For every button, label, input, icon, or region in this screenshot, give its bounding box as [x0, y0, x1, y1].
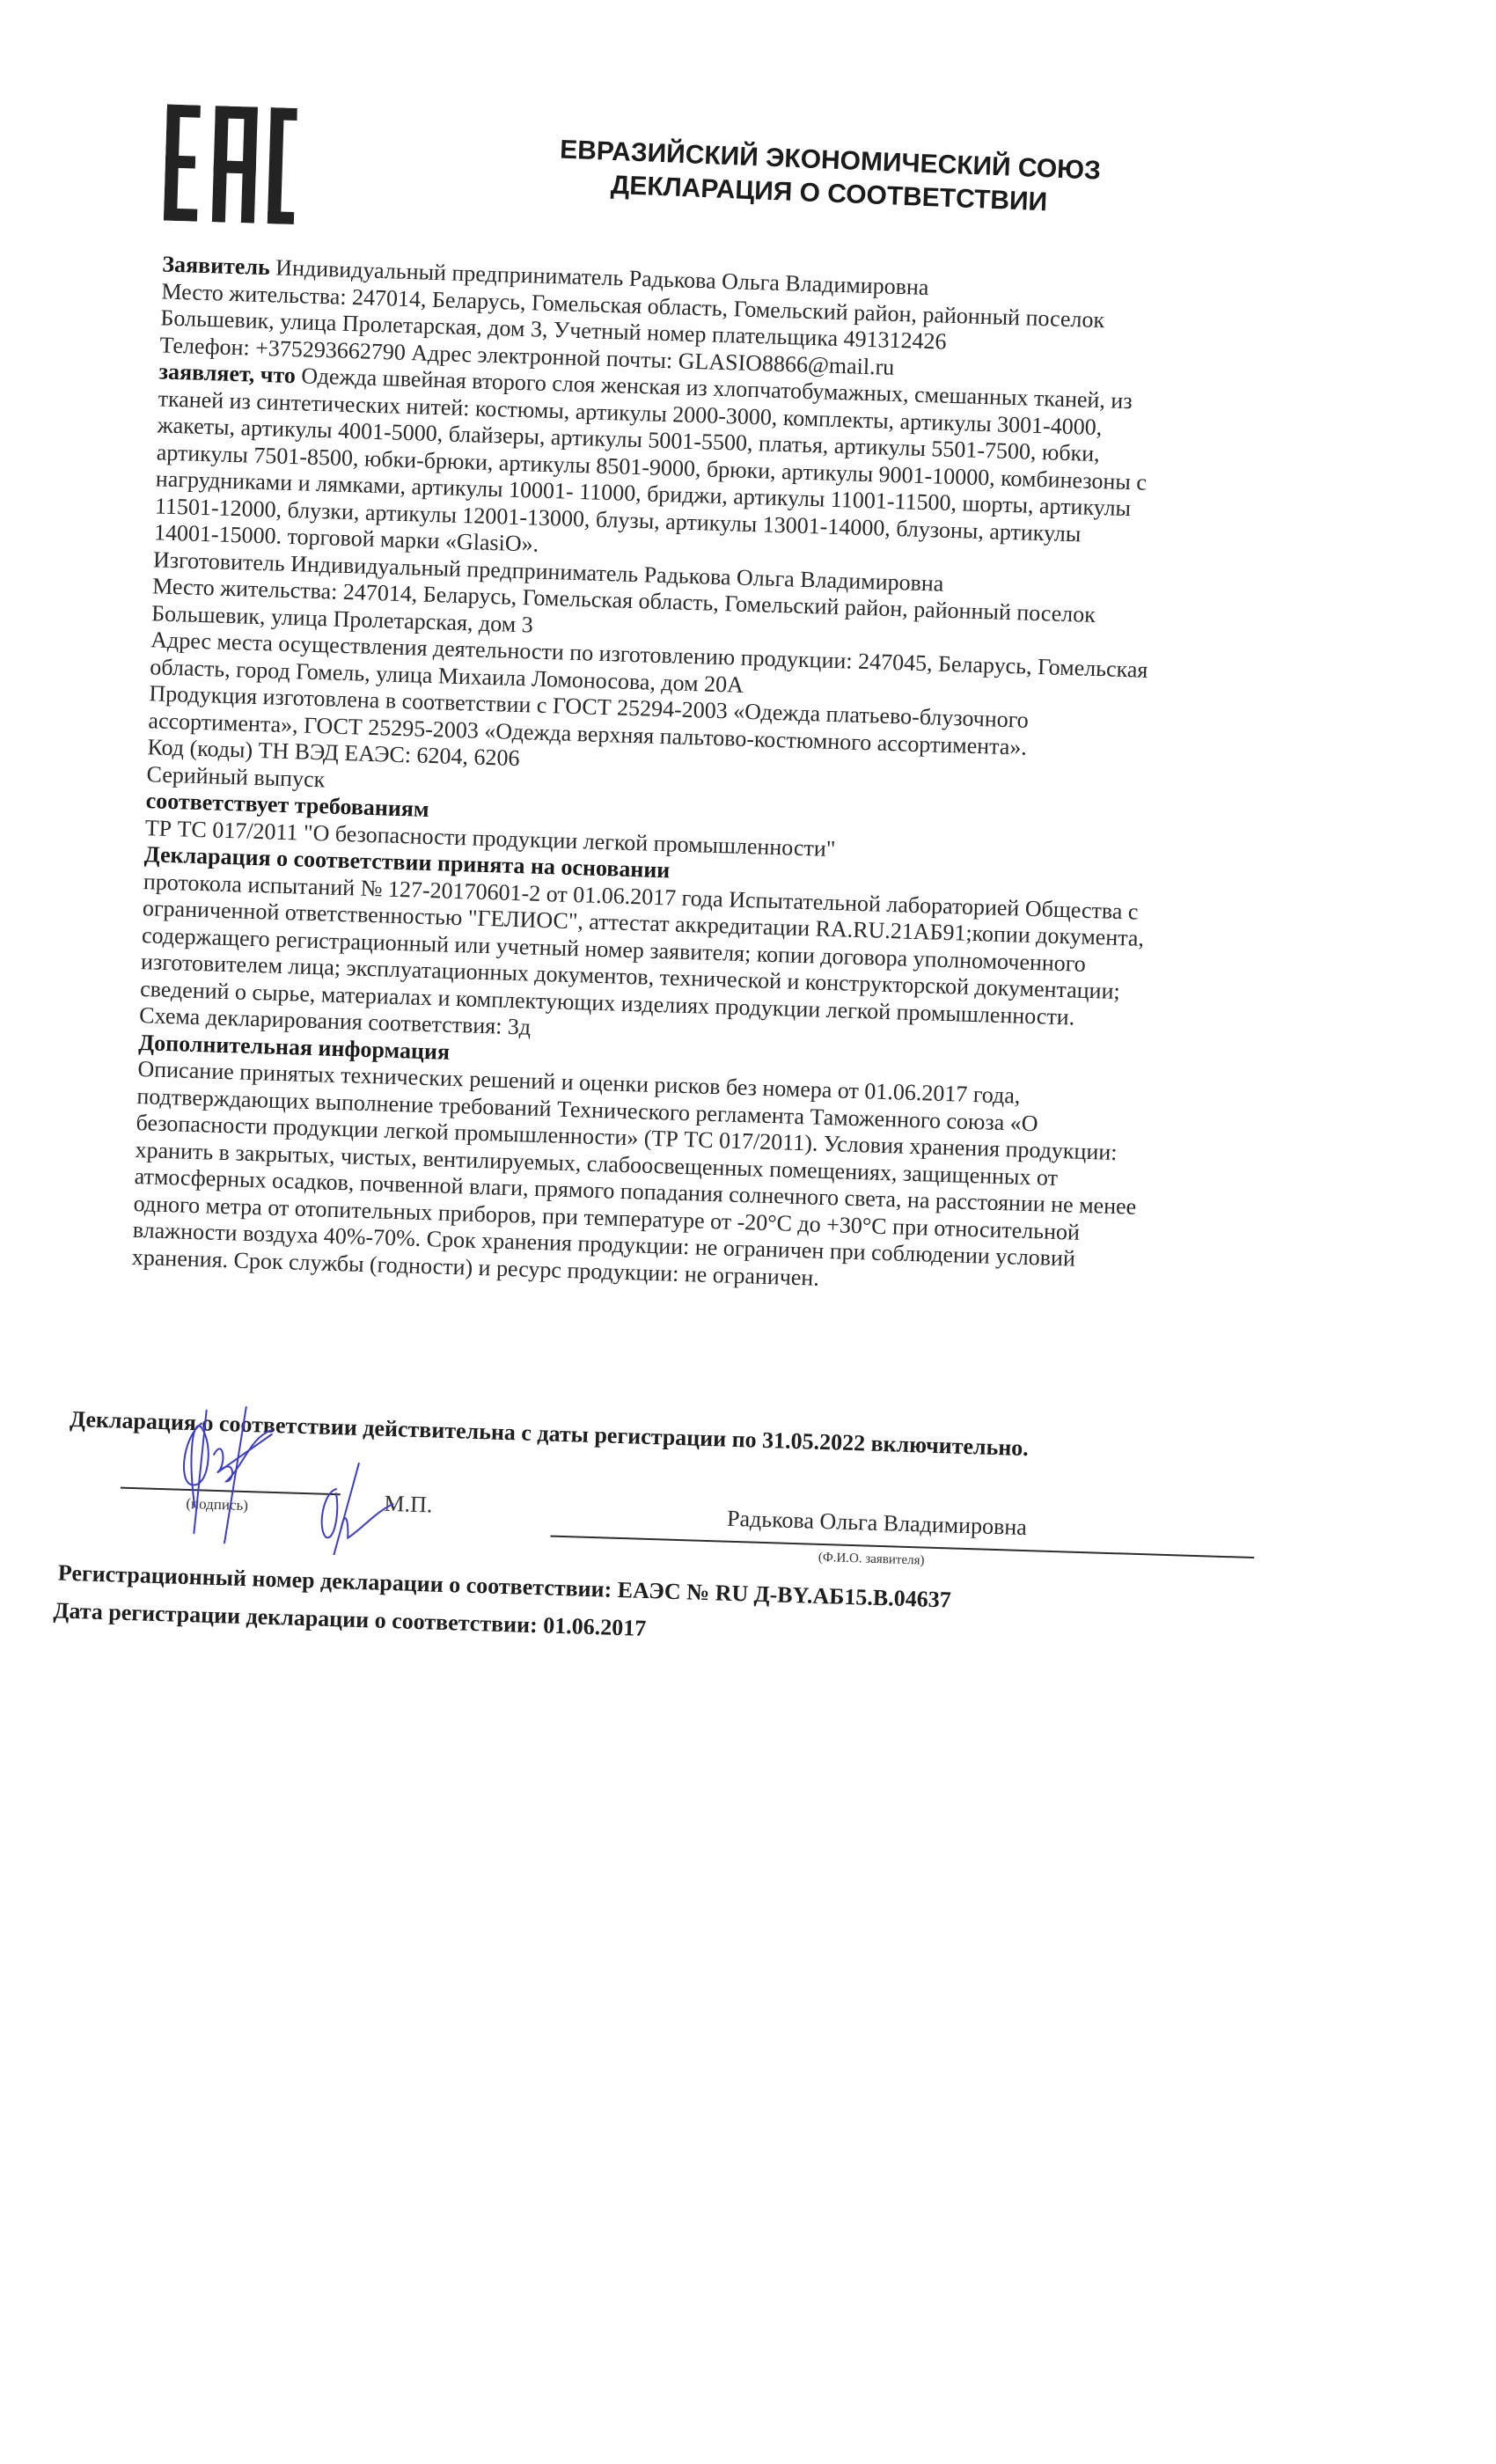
- registration-date: Дата регистрации декларации о соответств…: [53, 1597, 647, 1642]
- validity-statement: Декларация о соответствии действительна …: [70, 1406, 1390, 1473]
- applicant-full-name: Радькова Ольга Владимировна: [727, 1506, 1028, 1541]
- declaration-page: ЕВРАЗИЙСКИЙ ЭКОНОМИЧЕСКИЙ СОЮЗ ДЕКЛАРАЦИ…: [0, 0, 1496, 2464]
- stamp-placeholder: М.П.: [384, 1491, 433, 1519]
- name-caption: (Ф.И.О. заявителя): [818, 1551, 925, 1569]
- signature-line: [121, 1487, 341, 1496]
- eac-mark-icon: [164, 105, 297, 224]
- declares-label: заявляет, что: [158, 358, 296, 388]
- document-content: ЕВРАЗИЙСКИЙ ЭКОНОМИЧЕСКИЙ СОЮЗ ДЕКЛАРАЦИ…: [0, 0, 1496, 1976]
- applicant-label: Заявитель: [162, 251, 270, 280]
- document-header: ЕВРАЗИЙСКИЙ ЭКОНОМИЧЕСКИЙ СОЮЗ ДЕКЛАРАЦИ…: [547, 133, 1112, 222]
- signature-caption: (подпись): [186, 1495, 248, 1514]
- declaration-body: Заявитель Индивидуальный предприниматель…: [131, 251, 1324, 1306]
